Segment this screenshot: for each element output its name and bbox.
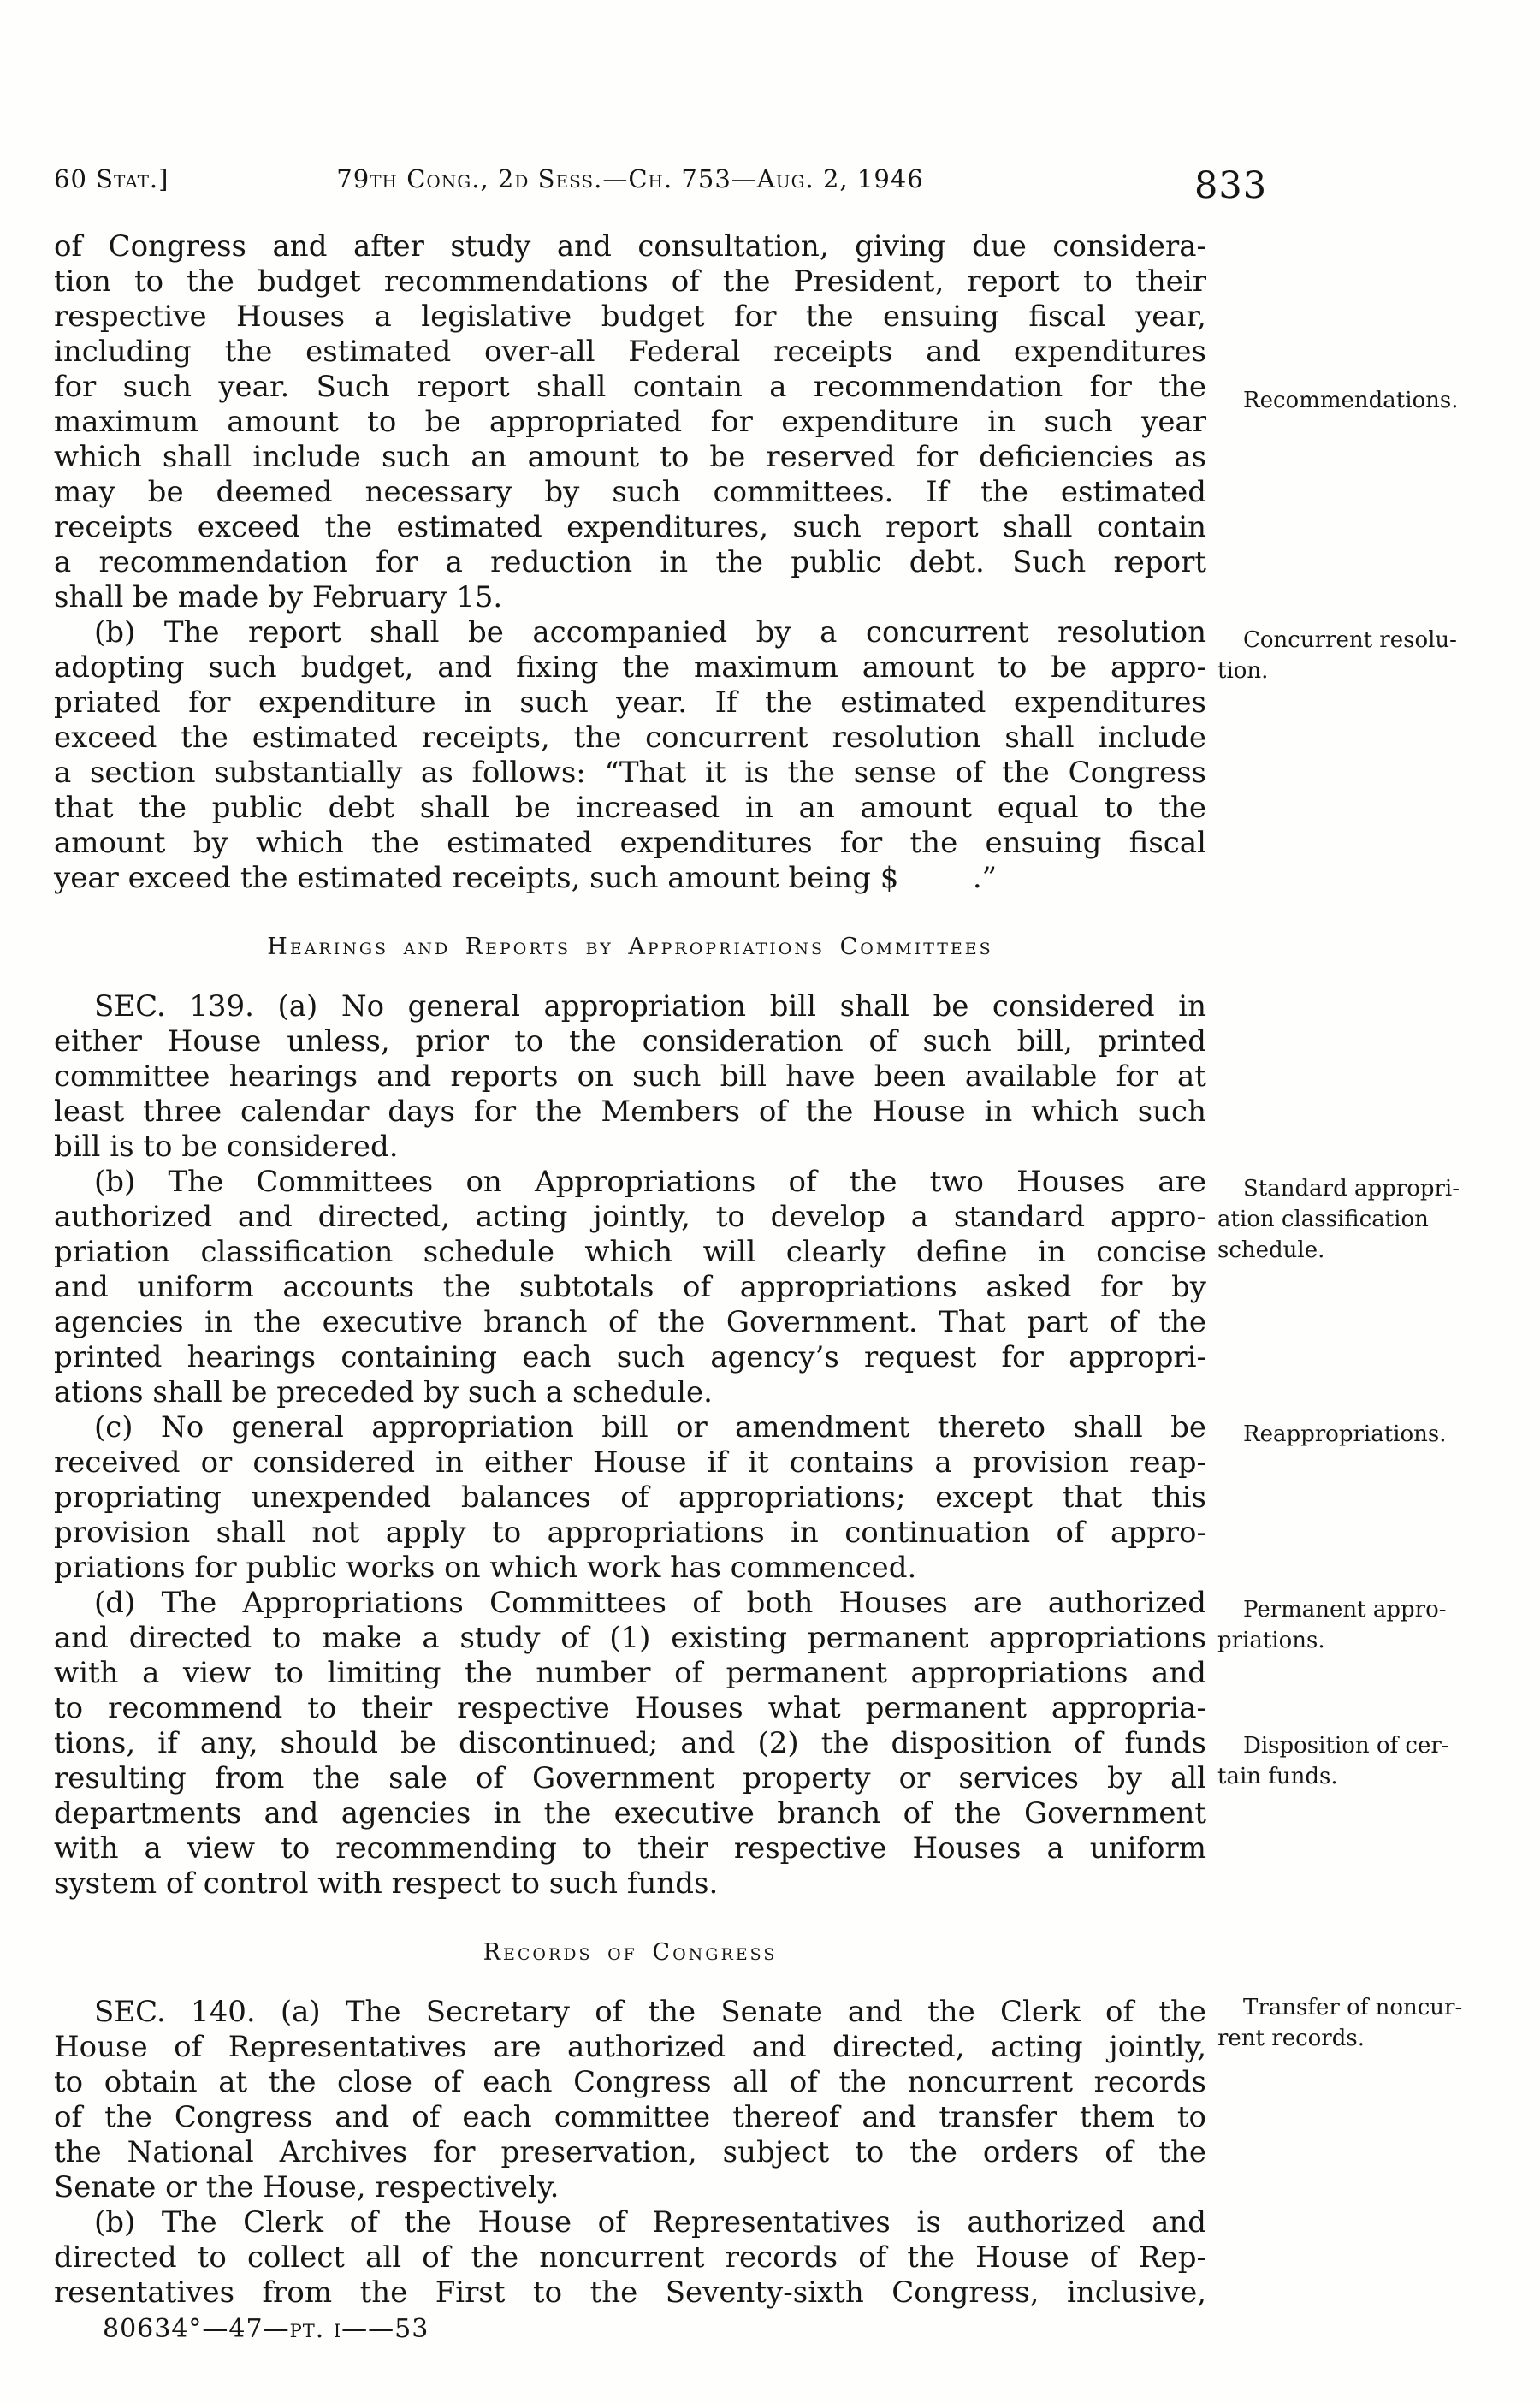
text-line: authorized and directed, acting jointly,…: [54, 1200, 1206, 1235]
text-line: for such year. Such report shall contain…: [54, 370, 1206, 405]
text-line: and directed to make a study of (1) exis…: [54, 1621, 1206, 1656]
text-line: tions, if any, should be discontinued; a…: [54, 1726, 1206, 1761]
text-line: resulting from the sale of Government pr…: [54, 1761, 1206, 1796]
text-line: which shall include such an amount to be…: [54, 440, 1206, 475]
text-line: (b) The report shall be accompanied by a…: [54, 615, 1206, 650]
text-line: (b) The Committees on Appropriations of …: [54, 1165, 1206, 1200]
margin-note-line: ation classification: [1217, 1204, 1474, 1235]
text-line: maximum amount to be appropriated for ex…: [54, 405, 1206, 440]
text-line: that the public debt shall be increased …: [54, 791, 1206, 826]
margin-note: Standard appropri-ation classificationsc…: [1217, 1173, 1474, 1266]
paragraph: (b) The report shall be accompanied by a…: [54, 615, 1206, 896]
text-line: adopting such budget, and fixing the max…: [54, 650, 1206, 685]
margin-note-line: Reappropriations.: [1217, 1419, 1474, 1450]
margin-note: Permanent appro-priations.: [1217, 1594, 1474, 1656]
paragraph: (c) No general appropriation bill or ame…: [54, 1410, 1206, 1586]
statute-page: 60 Stat.] 79th Cong., 2d Sess.—Ch. 753—A…: [0, 0, 1540, 2403]
text-line: amount by which the estimated expenditur…: [54, 826, 1206, 861]
paragraph: (b) The Clerk of the House of Representa…: [54, 2205, 1206, 2311]
section-heading: Records of Congress: [54, 1935, 1206, 1970]
text-line: the National Archives for preservation, …: [54, 2135, 1206, 2170]
text-line: a recommendation for a reduction in the …: [54, 545, 1206, 580]
margin-note-line: schedule.: [1217, 1235, 1474, 1266]
text-line: least three calendar days for the Member…: [54, 1095, 1206, 1130]
margin-note-line: Standard appropri-: [1217, 1173, 1474, 1204]
margin-note-line: tain funds.: [1217, 1761, 1474, 1792]
text-line: to recommend to their respective Houses …: [54, 1691, 1206, 1726]
text-line: either House unless, prior to the consid…: [54, 1024, 1206, 1059]
paragraph: of Congress and after study and consulta…: [54, 229, 1206, 615]
text-line: exceed the estimated receipts, the concu…: [54, 721, 1206, 756]
text-line: resentatives from the First to the Seven…: [54, 2275, 1206, 2311]
margin-note-line: priations.: [1217, 1625, 1474, 1656]
text-line: may be deemed necessary by such committe…: [54, 475, 1206, 510]
margin-note: Reappropriations.: [1217, 1419, 1474, 1450]
text-line: system of control with respect to such f…: [54, 1866, 1206, 1902]
text-line: receipts exceed the estimated expenditur…: [54, 510, 1206, 545]
text-line: a section substantially as follows: “Tha…: [54, 756, 1206, 791]
paragraph: SEC. 140. (a) The Secretary of the Senat…: [54, 1995, 1206, 2205]
text-line: priated for expenditure in such year. If…: [54, 685, 1206, 721]
paragraph: (b) The Committees on Appropriations of …: [54, 1165, 1206, 1410]
margin-note: Disposition of cer-tain funds.: [1217, 1730, 1474, 1792]
text-line: agencies in the executive branch of the …: [54, 1305, 1206, 1340]
text-line: printed hearings containing each such ag…: [54, 1340, 1206, 1375]
text-line: SEC. 140. (a) The Secretary of the Senat…: [54, 1995, 1206, 2030]
text-line: of the Congress and of each committee th…: [54, 2100, 1206, 2135]
margin-note-line: Permanent appro-: [1217, 1594, 1474, 1625]
margin-note: Transfer of noncur-rent records.: [1217, 1992, 1474, 2054]
margin-note: Recommendations.: [1217, 385, 1474, 416]
margin-note-line: rent records.: [1217, 2023, 1474, 2054]
margin-note-line: Concurrent resolu-: [1217, 625, 1474, 656]
text-line: directed to collect all of the noncurren…: [54, 2240, 1206, 2275]
text-line: of Congress and after study and consulta…: [54, 229, 1206, 264]
text-line: and uniform accounts the subtotals of ap…: [54, 1270, 1206, 1305]
margin-note-line: Transfer of noncur-: [1217, 1992, 1474, 2023]
print-code: 80634°—47—pt. i——53: [103, 2314, 429, 2344]
text-line: priations for public works on which work…: [54, 1551, 1206, 1586]
margin-note: Concurrent resolu-tion.: [1217, 625, 1474, 686]
text-line: Senate or the House, respectively.: [54, 2170, 1206, 2205]
margin-note-line: tion.: [1217, 656, 1474, 686]
text-line: with a view to recommending to their res…: [54, 1831, 1206, 1866]
text-line: ations shall be preceded by such a sched…: [54, 1375, 1206, 1410]
text-line: (b) The Clerk of the House of Representa…: [54, 2205, 1206, 2240]
text-line: shall be made by February 15.: [54, 580, 1206, 615]
text-line: respective Houses a legislative budget f…: [54, 300, 1206, 335]
text-line: tion to the budget recommendations of th…: [54, 264, 1206, 300]
text-line: propriating unexpended balances of appro…: [54, 1480, 1206, 1516]
text-line: including the estimated over-all Federal…: [54, 335, 1206, 370]
text-line: House of Representatives are authorized …: [54, 2030, 1206, 2065]
body-blocks: of Congress and after study and consulta…: [54, 0, 1206, 2311]
section-heading: Hearings and Reports by Appropriations C…: [54, 929, 1206, 964]
text-line: SEC. 139. (a) No general appropriation b…: [54, 989, 1206, 1024]
text-line: priation classification schedule which w…: [54, 1235, 1206, 1270]
text-line: departments and agencies in the executiv…: [54, 1796, 1206, 1831]
text-line: received or considered in either House i…: [54, 1445, 1206, 1480]
margin-note-line: Disposition of cer-: [1217, 1730, 1474, 1761]
text-line: to obtain at the close of each Congress …: [54, 2065, 1206, 2100]
text-line: (c) No general appropriation bill or ame…: [54, 1410, 1206, 1445]
text-line: (d) The Appropriations Committees of bot…: [54, 1586, 1206, 1621]
paragraph: (d) The Appropriations Committees of bot…: [54, 1586, 1206, 1902]
text-line: bill is to be considered.: [54, 1130, 1206, 1165]
margin-note-line: Recommendations.: [1217, 385, 1474, 416]
text-line: with a view to limiting the number of pe…: [54, 1656, 1206, 1691]
paragraph: SEC. 139. (a) No general appropriation b…: [54, 989, 1206, 1165]
text-line: committee hearings and reports on such b…: [54, 1059, 1206, 1095]
text-line: provision shall not apply to appropriati…: [54, 1516, 1206, 1551]
text-line: year exceed the estimated receipts, such…: [54, 861, 1206, 896]
